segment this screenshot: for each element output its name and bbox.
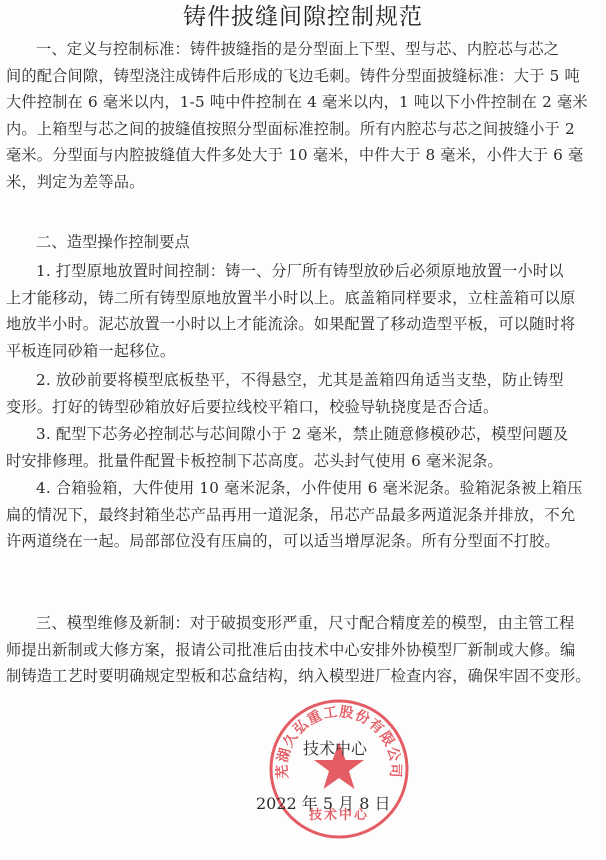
- signature-department: 技术中心: [303, 736, 367, 759]
- section-heading: 二、造型操作控制要点: [6, 229, 602, 256]
- text-line: 师提出新制或大修方案，报请公司批准后由技术中心安排外协模型厂新制或大修。编: [6, 637, 602, 664]
- item-1: 1. 打型原地放置时间控制：铸一、分厂所有铸型放砂后必须原地放置一小时以 上才能…: [6, 258, 602, 364]
- text-line: 间的配合间隙，铸型浇注成铸件后形成的飞边毛刺。铸件分型面披缝标准：大于 5 吨: [6, 63, 602, 90]
- text-line: 毫米。分型面与内腔披缝值大件多处大于 10 毫米，中件大于 8 毫米，小件大于 …: [6, 142, 602, 169]
- text-line: 地放半小时。泥芯放置一小时以上才能流涂。如果配置了移动造型平板，可以随时将: [6, 311, 602, 338]
- text-line: 变形。打好的铸型砂箱放好后要拉线校平箱口，校验导轨挠度是否合适。: [6, 394, 602, 421]
- text-line: 制铸造工艺时要明确规定型板和芯盒结构，纳入模型进厂检查内容，确保牢固不变形。: [6, 663, 602, 690]
- section-definition: 一、定义与控制标准：铸件披缝指的是分型面上下型、型与芯、内腔芯与芯之 间的配合间…: [6, 36, 602, 195]
- text-line: 4. 合箱验箱，大件使用 10 毫米泥条，小件使用 6 毫米泥条。验箱泥条被上箱…: [6, 475, 602, 502]
- item-2: 2. 放砂前要将模型底板垫平，不得悬空，尤其是盖箱四角适当支垫，防止铸型 变形。…: [6, 367, 602, 420]
- text-line: 大件控制在 6 毫米以内，1-5 吨中件控制在 4 毫米以内，1 吨以下小件控制…: [6, 89, 602, 116]
- text-line: 平板连同砂箱一起移位。: [6, 338, 602, 365]
- text-line: 时安排修理。批量件配置卡板控制下芯高度。芯头封气使用 6 毫米泥条。: [6, 448, 602, 475]
- text-line: 内。上箱型与芯之间的披缝值按照分型面标准控制。所有内腔芯与芯之间披缝小于 2: [6, 116, 602, 143]
- text-line: 扁的情况下，最终封箱坐芯产品再用一道泥条，吊芯产品最多两道泥条并排放，不允: [6, 502, 602, 529]
- section-operation-heading: 二、造型操作控制要点: [6, 229, 602, 256]
- text-line: 一、定义与控制标准：铸件披缝指的是分型面上下型、型与芯、内腔芯与芯之: [6, 36, 602, 63]
- page-title: 铸件披缝间隙控制规范: [0, 2, 606, 32]
- text-line: 1. 打型原地放置时间控制：铸一、分厂所有铸型放砂后必须原地放置一小时以: [6, 258, 602, 285]
- text-line: 三、模型维修及新制：对于破损变形严重，尺寸配合精度差的模型，由主管工程: [6, 610, 602, 637]
- signature-date: 2022 年 5 月 8 日: [256, 791, 391, 814]
- item-4: 4. 合箱验箱，大件使用 10 毫米泥条，小件使用 6 毫米泥条。验箱泥条被上箱…: [6, 475, 602, 555]
- section-model-repair: 三、模型维修及新制：对于破损变形严重，尺寸配合精度差的模型，由主管工程 师提出新…: [6, 610, 602, 690]
- text-line: 米，判定为差等品。: [6, 169, 602, 196]
- text-line: 许两道绕在一起。局部部位没有压扁的，可以适当增厚泥条。所有分型面不打胶。: [6, 528, 602, 555]
- text-line: 2. 放砂前要将模型底板垫平，不得悬空，尤其是盖箱四角适当支垫，防止铸型: [6, 367, 602, 394]
- text-line: 上才能移动，铸二所有铸型原地放置半小时以上。底盖箱同样要求，立柱盖箱可以原: [6, 285, 602, 312]
- company-seal: 芜湖久弘重工股份有限公司 技术中心: [268, 698, 410, 840]
- text-line: 3. 配型下芯务必控制芯与芯间隙小于 2 毫米，禁止随意修模砂芯，模型问题及: [6, 421, 602, 448]
- item-3: 3. 配型下芯务必控制芯与芯间隙小于 2 毫米，禁止随意修模砂芯，模型问题及 时…: [6, 421, 602, 474]
